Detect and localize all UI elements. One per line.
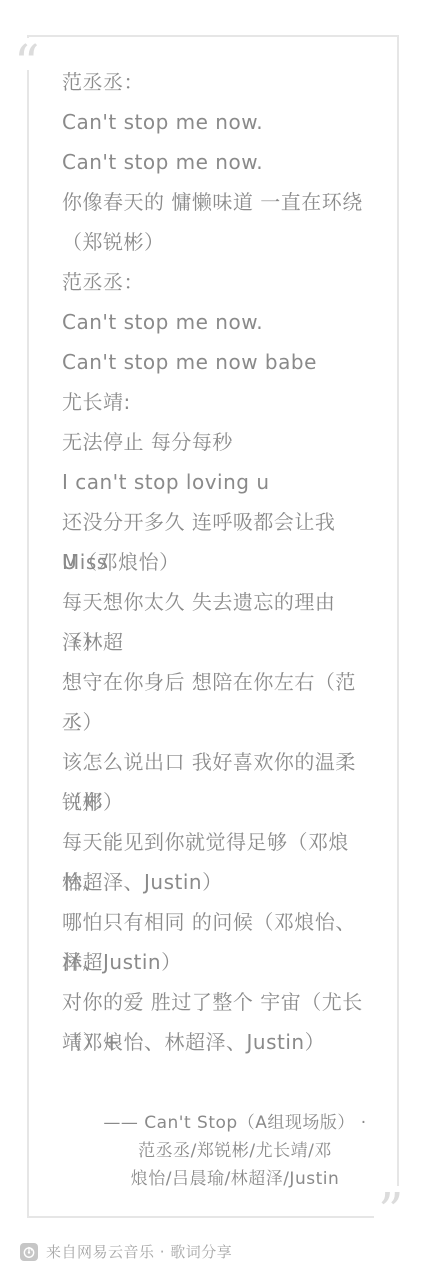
lyric-line: 范丞丞： bbox=[62, 262, 371, 302]
lyric-line: （邓烺怡、林超泽、Justin） bbox=[62, 1022, 371, 1062]
lyric-line: 还没分开多久 连呼吸都会让我 Miss bbox=[62, 502, 371, 542]
netease-cloud-music-logo-icon bbox=[20, 1243, 38, 1261]
attribution-line: —— Can't Stop（A组现场版） · bbox=[87, 1109, 383, 1137]
lyrics-card: 范丞丞：Can't stop me now.Can't stop me now.… bbox=[27, 35, 399, 1218]
lyric-line: 范丞丞： bbox=[62, 62, 371, 102]
lyric-line: 你像春天的 慵懒味道 一直在环绕 bbox=[62, 182, 371, 222]
lyric-line: 泽、Justin） bbox=[62, 942, 371, 982]
lyric-line: U（邓烺怡） bbox=[62, 542, 371, 582]
lyric-line: 丞） bbox=[62, 702, 371, 742]
lyric-line: 林超泽、Justin） bbox=[62, 862, 371, 902]
open-quote-icon: “ bbox=[10, 38, 44, 70]
song-attribution: —— Can't Stop（A组现场版） ·范丞丞/郑锐彬/尤长靖/邓烺怡/吕晨… bbox=[87, 1109, 383, 1193]
lyric-line: 对你的爱 胜过了整个 宇宙（尤长靖）+ bbox=[62, 982, 371, 1022]
lyric-line: 无法停止 每分每秒 bbox=[62, 422, 371, 462]
lyric-line: Can't stop me now. bbox=[62, 142, 371, 182]
lyric-line: 锐彬） bbox=[62, 782, 371, 822]
lyric-line: 尤长靖: bbox=[62, 382, 371, 422]
attribution-line: 烺怡/吕晨瑜/林超泽/Justin bbox=[87, 1165, 383, 1193]
lyrics-share-page: 范丞丞：Can't stop me now.Can't stop me now.… bbox=[0, 0, 426, 1280]
lyric-line: 该怎么说出口 我好喜欢你的温柔（郑 bbox=[62, 742, 371, 782]
attribution-line: 范丞丞/郑锐彬/尤长靖/邓 bbox=[87, 1137, 383, 1165]
lyric-line: （郑锐彬） bbox=[62, 222, 371, 262]
close-quote-icon: ” bbox=[374, 1186, 408, 1218]
lyric-line: I can't stop loving u bbox=[62, 462, 371, 502]
lyric-line: Can't stop me now. bbox=[62, 302, 371, 342]
lyric-line: Can't stop me now babe bbox=[62, 342, 371, 382]
lyric-line: Can't stop me now. bbox=[62, 102, 371, 142]
source-text: 来自网易云音乐 · 歌词分享 bbox=[46, 1243, 232, 1261]
source-footer: 来自网易云音乐 · 歌词分享 bbox=[20, 1243, 232, 1261]
lyric-line: 每天能见到你就觉得足够（邓烺怡、 bbox=[62, 822, 371, 862]
lyrics-text: 范丞丞：Can't stop me now.Can't stop me now.… bbox=[62, 62, 371, 1062]
lyric-line: 想守在你身后 想陪在你左右（范丞 bbox=[62, 662, 371, 702]
lyric-line: 每天想你太久 失去遗忘的理由（林超 bbox=[62, 582, 371, 622]
lyric-line: 哪怕只有相同 的问候（邓烺怡、林超 bbox=[62, 902, 371, 942]
